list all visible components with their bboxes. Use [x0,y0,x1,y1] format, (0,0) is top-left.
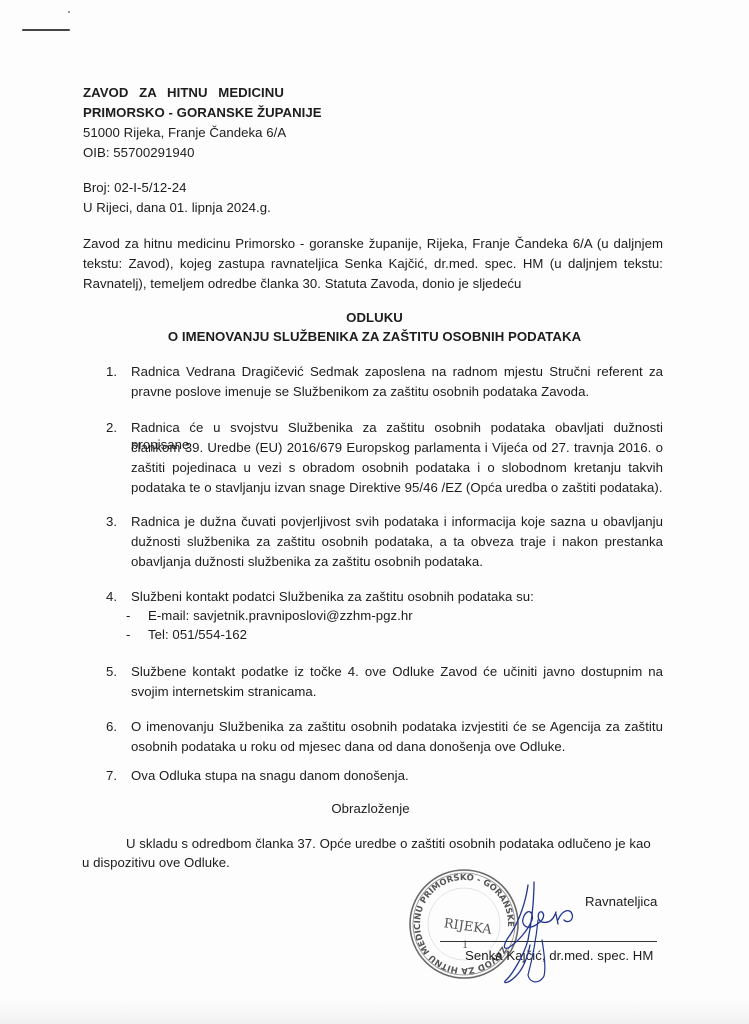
reasoning-heading: Obrazloženje [0,800,749,817]
document-number: Broj: 02-I-5/12-24 [83,179,187,196]
reasoning-heading-text: Obrazloženje [331,801,409,816]
item-number: 6. [106,718,117,735]
signatory-role: Ravnateljica [585,893,657,910]
item-line: zaštiti pojedinaca u vezi s obradom osob… [131,459,663,476]
item-number: 3. [106,513,117,530]
decision-title: ODLUKU [0,309,749,326]
org-name-line2: PRIMORSKO - GORANSKE ŽUPANIJE [83,104,322,121]
item-line: Radnica Vedrana Dragičević Sedmak zaposl… [131,363,663,380]
item-line: Službene kontakt podatke iz točke 4. ove… [131,663,663,680]
item-number: 7. [106,767,117,784]
intro-line: Zavod za hitnu medicinu Primorsko - gora… [83,235,663,252]
document-page: ZAVOD ZA HITNU MEDICINU PRIMORSKO - GORA… [0,0,749,1024]
org-address: 51000 Rijeka, Franje Čandeka 6/A [83,124,286,141]
bullet-dash: - [126,626,130,643]
item-line: dužnosti službenika za zaštitu osobnih p… [131,533,663,550]
item-line: pravne poslove imenuje se Službenikom za… [131,383,589,400]
bullet-dash: - [126,607,130,624]
scan-speck [68,11,70,13]
item-line: Ova Odluka stupa na snagu danom donošenj… [131,767,409,784]
item-line: člankom 39. Uredbe (EU) 2016/679 Europsk… [131,439,663,456]
item-line: osobnih podataka u roku od mjesec dana o… [131,738,566,755]
reasoning-line: u dispozitivu ove Odluke. [82,854,230,871]
item-number: 2. [106,419,117,436]
scan-mark [22,29,70,31]
item-line: Službeni kontakt podatci Službenika za z… [131,588,534,605]
handwritten-signature [498,880,578,985]
scan-bottom-edge [0,1000,749,1024]
place-date: U Rijeci, dana 01. lipnja 2024.g. [83,199,271,216]
item-line: Radnica je dužna čuvati povjerljivost sv… [131,513,663,530]
org-oib: OIB: 55700291940 [83,144,195,161]
reasoning-line: U skladu s odredbom članka 37. Opće ured… [126,835,651,852]
item-number: 4. [106,588,117,605]
item-number: 5. [106,663,117,680]
contact-email: E-mail: savjetnik.pravniposlovi@zzhm-pgz… [148,607,413,624]
item-line: O imenovanju Službenika za zaštitu osobn… [131,718,663,735]
decision-subtitle: O IMENOVANJU SLUŽBENIKA ZA ZAŠTITU OSOBN… [0,328,749,345]
stamp-city: RIJEKA [443,916,493,938]
intro-line: Ravnatelj), temeljem odredbe članka 30. … [83,275,521,292]
org-name-line1: ZAVOD ZA HITNU MEDICINU [83,84,284,101]
item-line: svojim internetskim stranicama. [131,683,317,700]
item-line: obavljanja dužnosti službenika za zaštit… [131,553,483,570]
item-number: 1. [106,363,117,380]
item-line: podataka te o stavljanju izvan snage Dir… [131,479,663,496]
intro-line: tekstu: Zavod), kojeg zastupa ravnatelji… [83,255,663,272]
contact-phone: Tel: 051/554-162 [148,626,247,643]
